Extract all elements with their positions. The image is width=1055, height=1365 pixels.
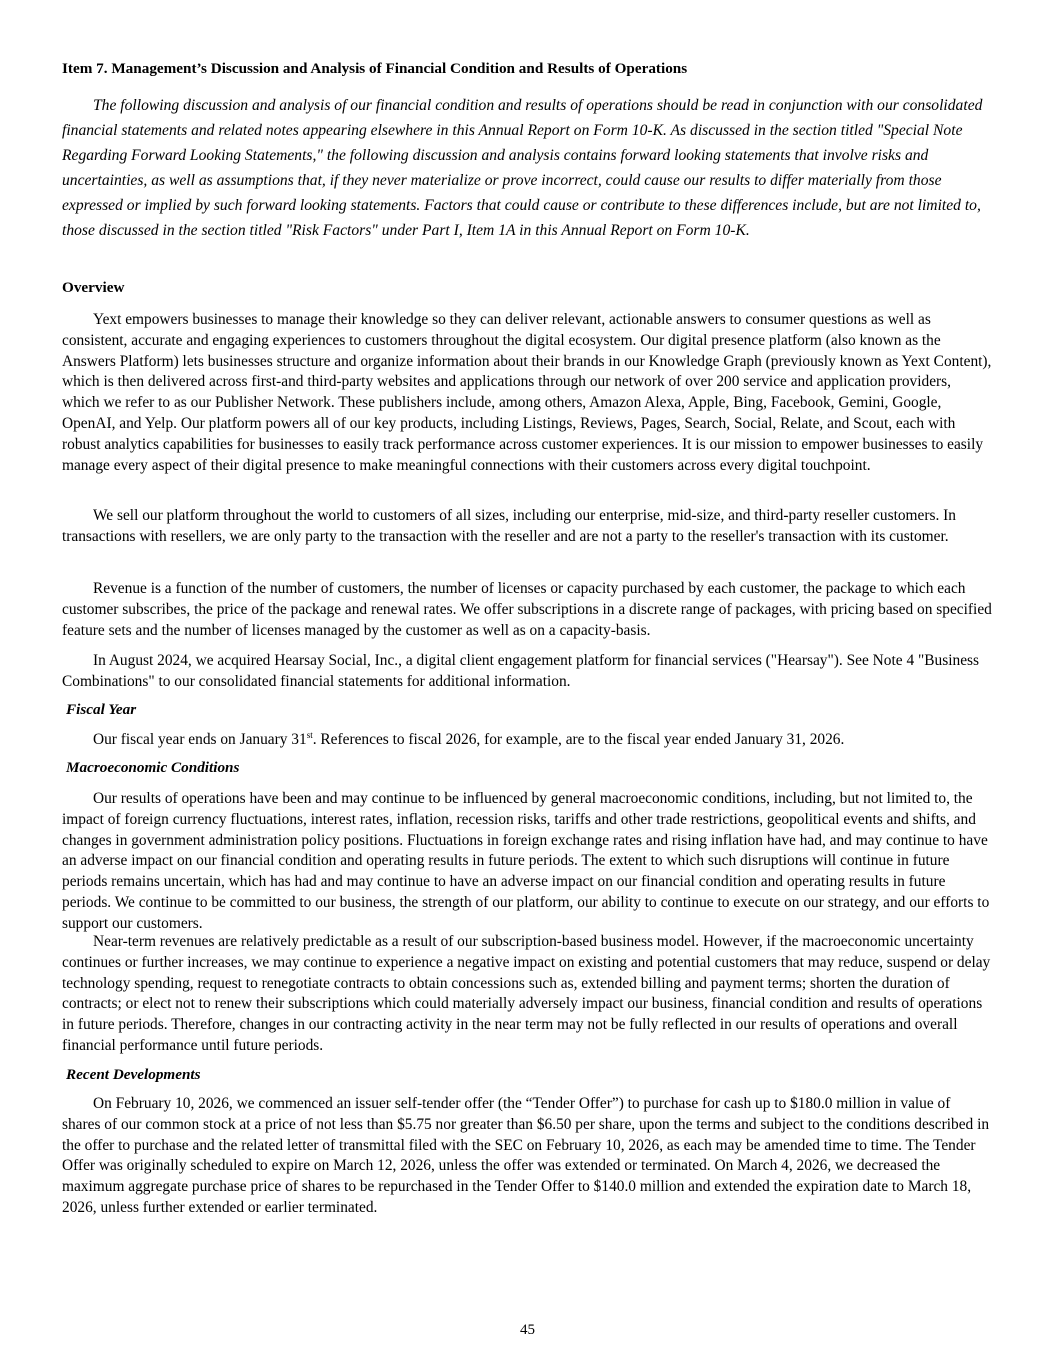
macro-paragraph: Near-term revenues are relatively predic… bbox=[62, 932, 992, 1057]
overview-paragraph: Revenue is a function of the number of c… bbox=[62, 579, 992, 641]
fiscal-year-text: Our fiscal year ends on January 31 bbox=[93, 731, 307, 748]
fiscal-year-text-rest: . References to fiscal 2026, for example… bbox=[313, 731, 845, 748]
overview-paragraph: Yext empowers businesses to manage their… bbox=[62, 310, 992, 476]
overview-heading: Overview bbox=[62, 279, 124, 297]
recent-developments-heading: Recent Developments bbox=[66, 1066, 201, 1084]
overview-paragraph: We sell our platform throughout the worl… bbox=[62, 506, 992, 548]
intro-paragraph: The following discussion and analysis of… bbox=[62, 93, 992, 243]
item-title: Item 7. Management’s Discussion and Anal… bbox=[62, 60, 687, 78]
macro-paragraph: Our results of operations have been and … bbox=[62, 789, 992, 935]
page-number: 45 bbox=[0, 1322, 1055, 1339]
overview-paragraph: In August 2024, we acquired Hearsay Soci… bbox=[62, 651, 992, 693]
fiscal-year-paragraph: Our fiscal year ends on January 31st. Re… bbox=[62, 730, 992, 751]
macro-heading: Macroeconomic Conditions bbox=[66, 759, 239, 777]
recent-developments-paragraph: On February 10, 2026, we commenced an is… bbox=[62, 1094, 992, 1219]
fiscal-year-heading: Fiscal Year bbox=[66, 701, 136, 719]
